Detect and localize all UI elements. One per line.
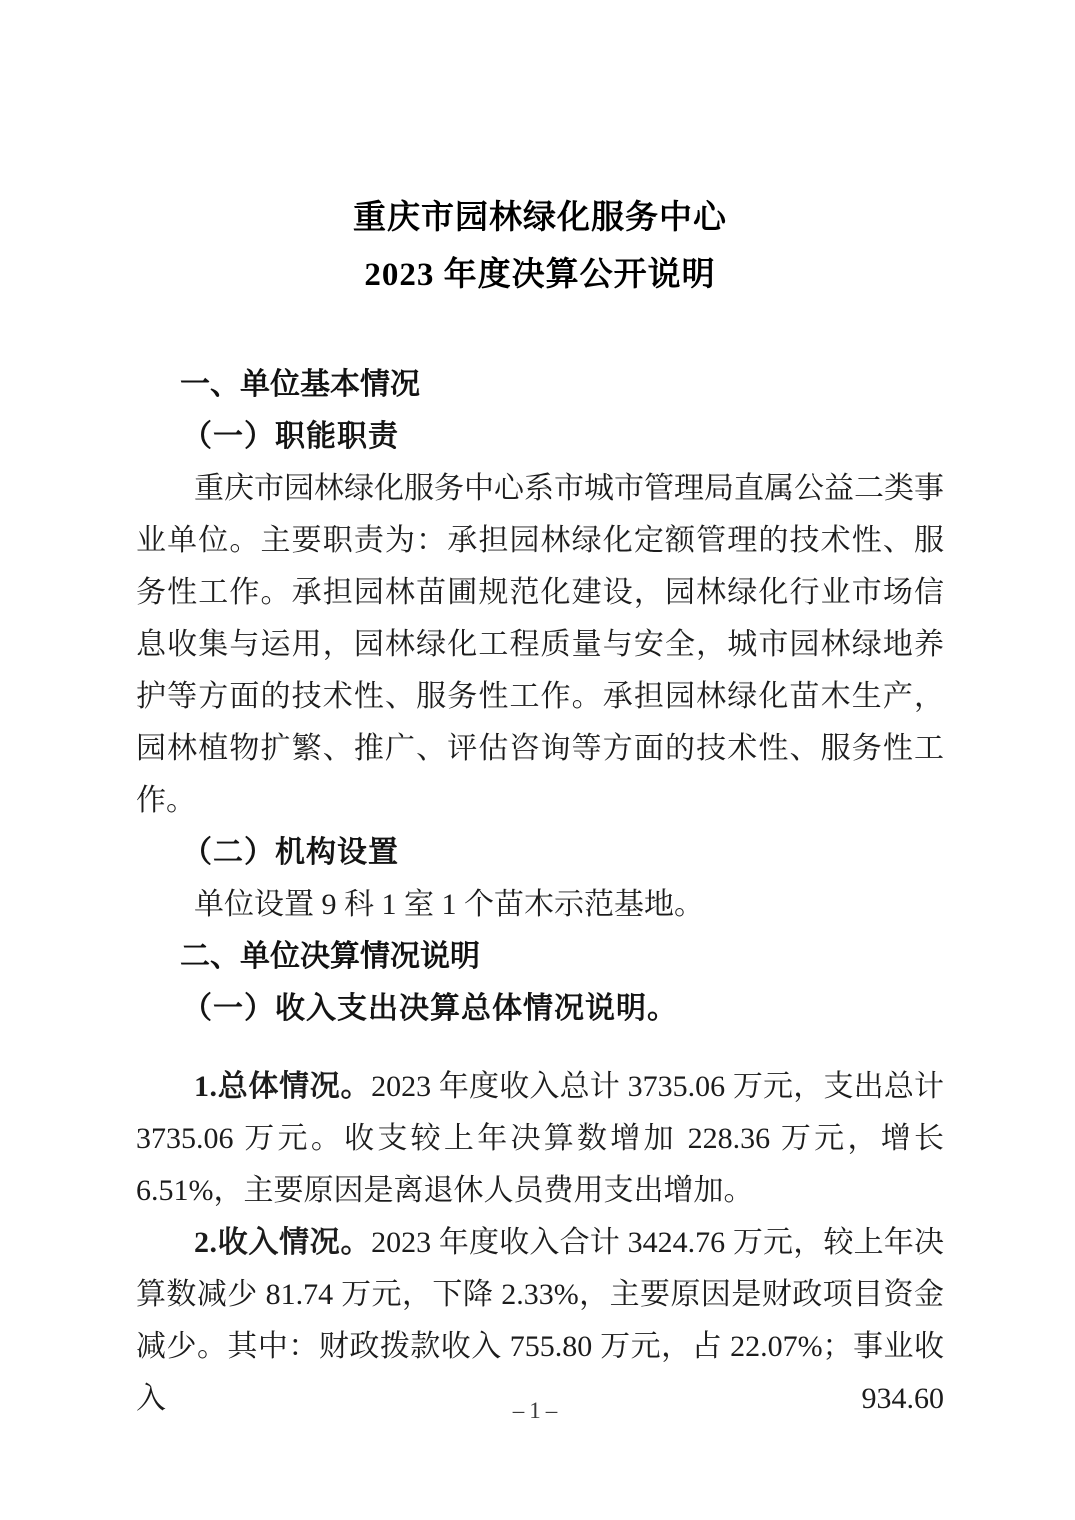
page-sheet: 重庆市园林绿化服务中心 2023 年度决算公开说明 一、单位基本情况 （一）职能… (0, 0, 1075, 1520)
heading-duties: （一）职能职责 (136, 411, 944, 463)
document-title: 重庆市园林绿化服务中心 2023 年度决算公开说明 (136, 0, 944, 304)
paragraph-total-situation: 1.总体情况。2023 年度收入总计 3735.06 万元，支出总计 3735.… (136, 1061, 944, 1217)
page-number: –1– (0, 1396, 1075, 1426)
document-title-line1: 重庆市园林绿化服务中心 (136, 190, 944, 247)
heading-overview: （一）收入支出决算总体情况说明。 (136, 983, 944, 1035)
heading-unit-basic-info: 一、单位基本情况 (136, 359, 944, 411)
paragraph-total-situation-lead: 1.总体情况。 (194, 1070, 371, 1103)
heading-final-accounts: 二、单位决算情况说明 (136, 931, 944, 983)
paragraph-duties: 重庆市园林绿化服务中心系市城市管理局直属公益二类事业单位。主要职责为：承担园林绿… (136, 463, 944, 827)
paragraph-income-situation: 2.收入情况。2023 年度收入合计 3424.76 万元，较上年决算数减少 8… (136, 1217, 944, 1425)
document-title-line2: 2023 年度决算公开说明 (136, 247, 944, 304)
page-content: 重庆市园林绿化服务中心 2023 年度决算公开说明 一、单位基本情况 （一）职能… (136, 0, 944, 1425)
heading-organization: （二）机构设置 (136, 827, 944, 879)
paragraph-organization: 单位设置 9 科 1 室 1 个苗木示范基地。 (136, 879, 944, 931)
document-page: { "title": { "line1": "重庆市园林绿化服务中心", "li… (0, 0, 1075, 1520)
paragraph-income-situation-lead: 2.收入情况。 (194, 1226, 371, 1259)
